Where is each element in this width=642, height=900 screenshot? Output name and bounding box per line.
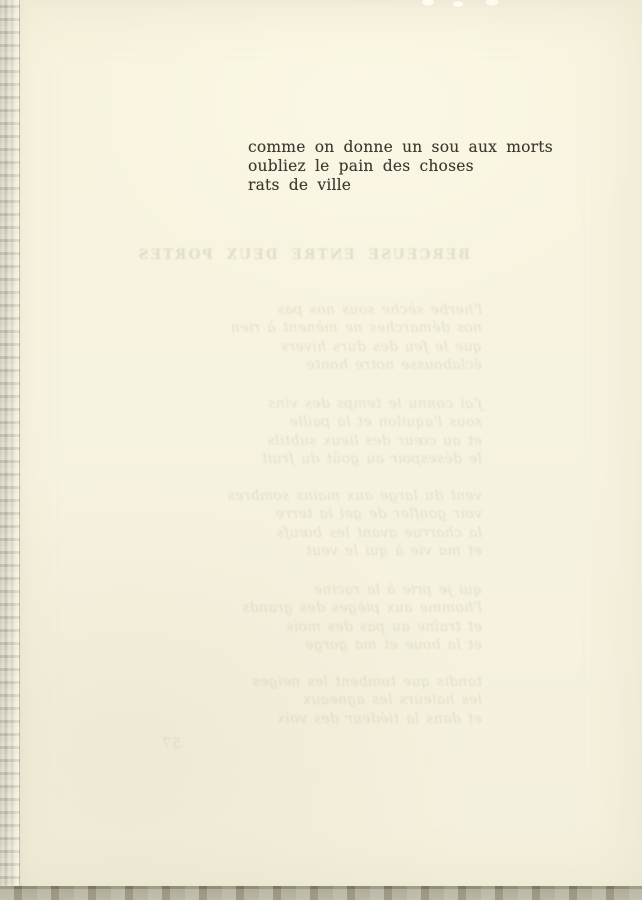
ghost-line: et dans la tiédeur des voix <box>252 710 482 728</box>
deckle-edge-left <box>0 0 20 890</box>
verso-ghost-stanza-2: j'ai connu le temps des vins sous l'aqui… <box>261 395 482 468</box>
deckle-edge-top <box>0 0 642 9</box>
ghost-line: qui je prie à la racine <box>242 581 482 599</box>
book-page: BERCEUSE ENTRE DEUX PORTES l'herbe sèche… <box>0 0 642 890</box>
verso-ghost-stanza-3: vent du large aux mains sombres voir gon… <box>227 487 482 560</box>
ghost-line: les haleurs les agneaux <box>252 691 482 709</box>
ghost-line: éclabousse notre honte <box>231 356 482 374</box>
ghost-line: et la boue et ma gorge <box>242 636 482 654</box>
paper-grain-texture <box>0 0 642 890</box>
verso-ghost-stanza-1: l'herbe sèche sous nos pas nos démarches… <box>231 301 482 374</box>
ghost-line: le désespoir au goût du fruit <box>261 450 482 468</box>
verso-ghost-stanza-4: qui je prie à la racine l'homme aux pièg… <box>242 581 482 654</box>
poem-line: oubliez le pain des choses <box>248 157 553 176</box>
ghost-line: et traîne au pas des mois <box>242 618 482 636</box>
ghost-line: sous l'aquilon et la paille <box>261 413 482 431</box>
ghost-line: vent du large aux mains sombres <box>227 487 482 505</box>
verso-ghost-stanza-5: tandis que tombent les neiges les haleur… <box>252 673 482 728</box>
ghost-line: la charrue avant les bœufs <box>227 524 482 542</box>
ghost-line: tandis que tombent les neiges <box>252 673 482 691</box>
poem-line: comme on donne un sou aux morts <box>248 138 553 157</box>
ghost-line: voir gonfler de gel la terre <box>227 505 482 523</box>
poem-line: rats de ville <box>248 176 553 195</box>
ghost-line: l'herbe sèche sous nos pas <box>231 301 482 319</box>
page-stack-edge-bottom <box>0 886 642 900</box>
ghost-line: que le feu des durs hivers <box>231 338 482 356</box>
ghost-line: j'ai connu le temps des vins <box>261 395 482 413</box>
poem-text-block: comme on donne un sou aux morts oubliez … <box>248 138 553 195</box>
ghost-line: nos démarches ne mènent à rien <box>231 319 482 337</box>
verso-ghost-page-number: 57 <box>161 736 181 752</box>
ghost-line: et au cœur des lieux subtils <box>261 432 482 450</box>
verso-ghost-title: BERCEUSE ENTRE DEUX PORTES <box>137 247 470 263</box>
verso-showthrough-layer: BERCEUSE ENTRE DEUX PORTES l'herbe sèche… <box>0 0 642 900</box>
ghost-line: et ma vie à qui le veut <box>227 542 482 560</box>
ghost-line: l'homme aux pièges des grands <box>242 599 482 617</box>
